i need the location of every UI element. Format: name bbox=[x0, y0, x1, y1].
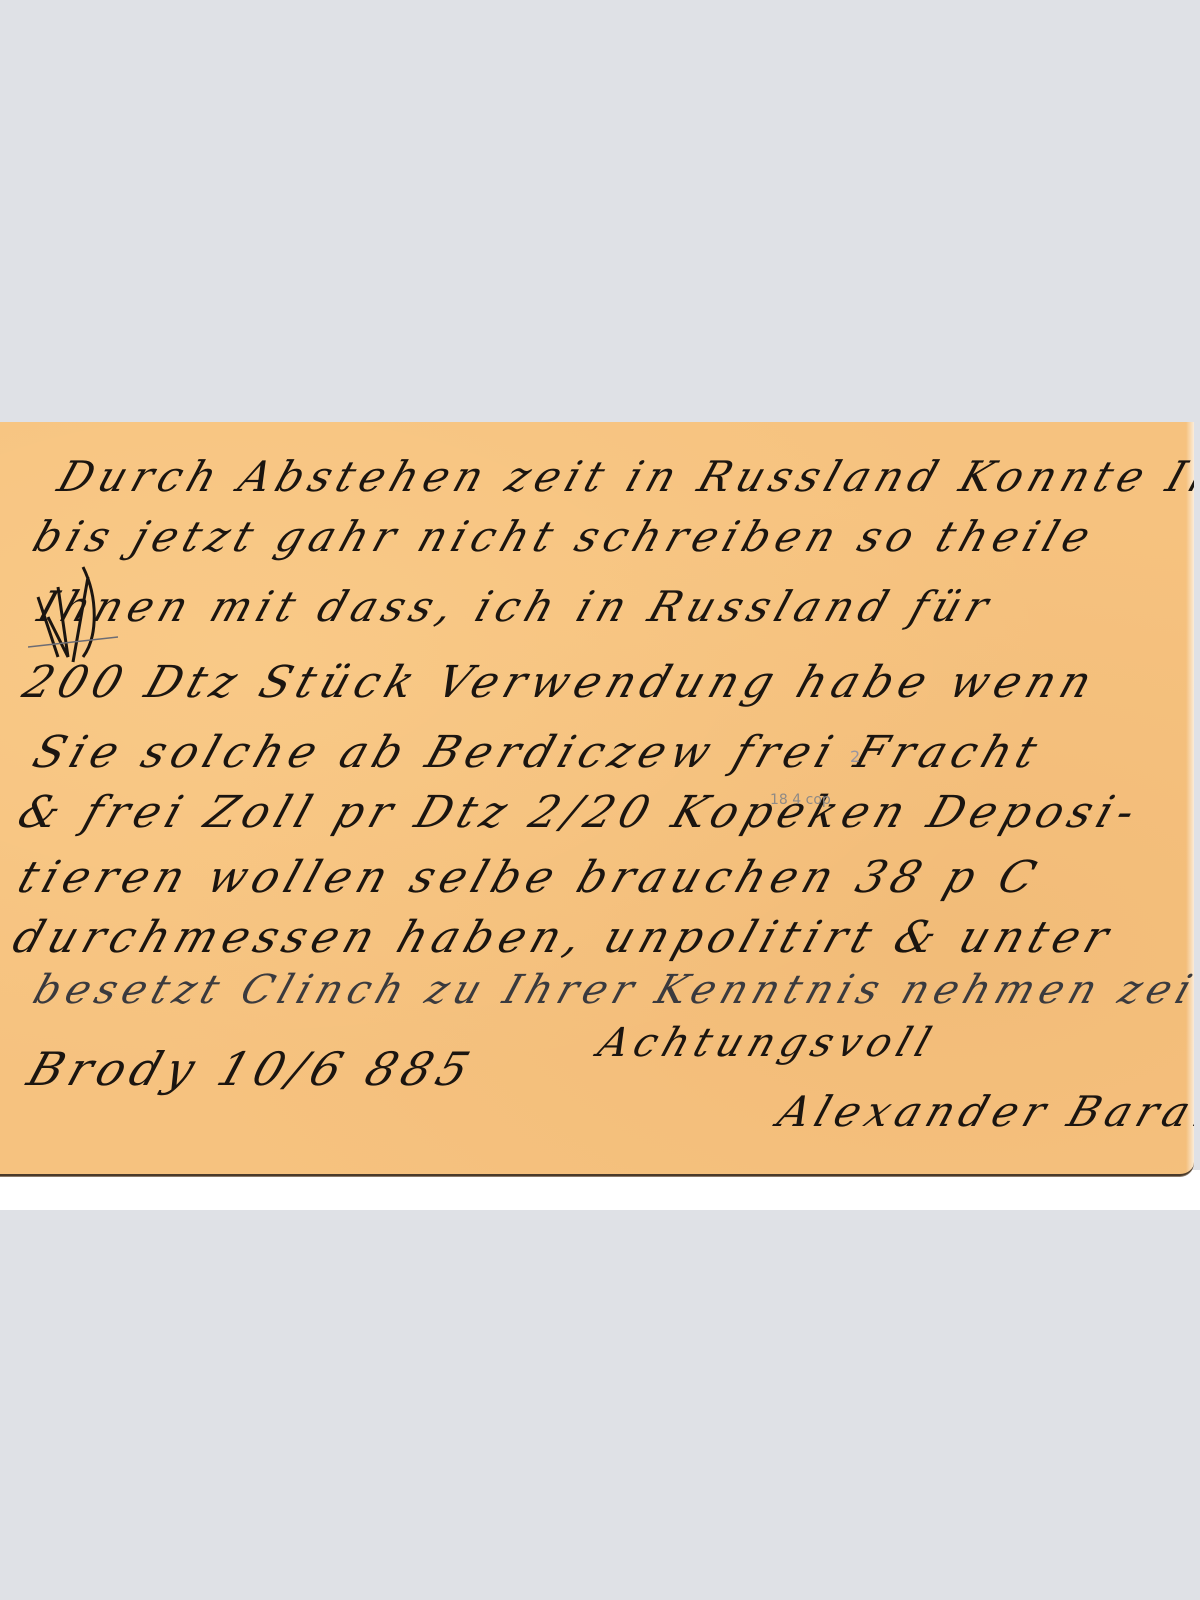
text-line-2: bis jetzt gahr nicht schreiben so theile bbox=[27, 512, 1102, 561]
closing-line: Achtungsvoll bbox=[593, 1020, 943, 1066]
text-line-5: Sie solche ab Berdiczew frei Fracht bbox=[27, 727, 1049, 778]
text-line-6: & frei Zoll pr Dtz 2/20 Kopeken Deposi- bbox=[12, 787, 1147, 838]
text-line-8: durchmessen haben, unpolitirt & unter bbox=[7, 912, 1121, 963]
text-line-9: besetzt Clinch zu Ihrer Kenntnis nehmen … bbox=[28, 967, 1194, 1013]
pencil-number: 2 bbox=[850, 747, 860, 766]
scan-margin bbox=[0, 1170, 1200, 1210]
text-line-4: 200 Dtz Stück Verwendung habe wenn bbox=[17, 657, 1104, 708]
signature: Alexander Baran bbox=[772, 1087, 1194, 1136]
pencil-annotation: 18 4 cop bbox=[770, 792, 831, 808]
card-edge bbox=[1186, 422, 1194, 1174]
postcard: Durch Abstehen zeit in Russland Konnte I… bbox=[0, 422, 1194, 1176]
place-date-line: Brody 10/6 885 bbox=[21, 1042, 482, 1096]
text-line-3: Ihnen mit dass, ich in Russland für bbox=[32, 582, 1000, 631]
text-line-7: tieren wollen selbe brauchen 38 p C bbox=[12, 852, 1048, 903]
text-line-1: Durch Abstehen zeit in Russland Konnte I… bbox=[52, 452, 1194, 501]
